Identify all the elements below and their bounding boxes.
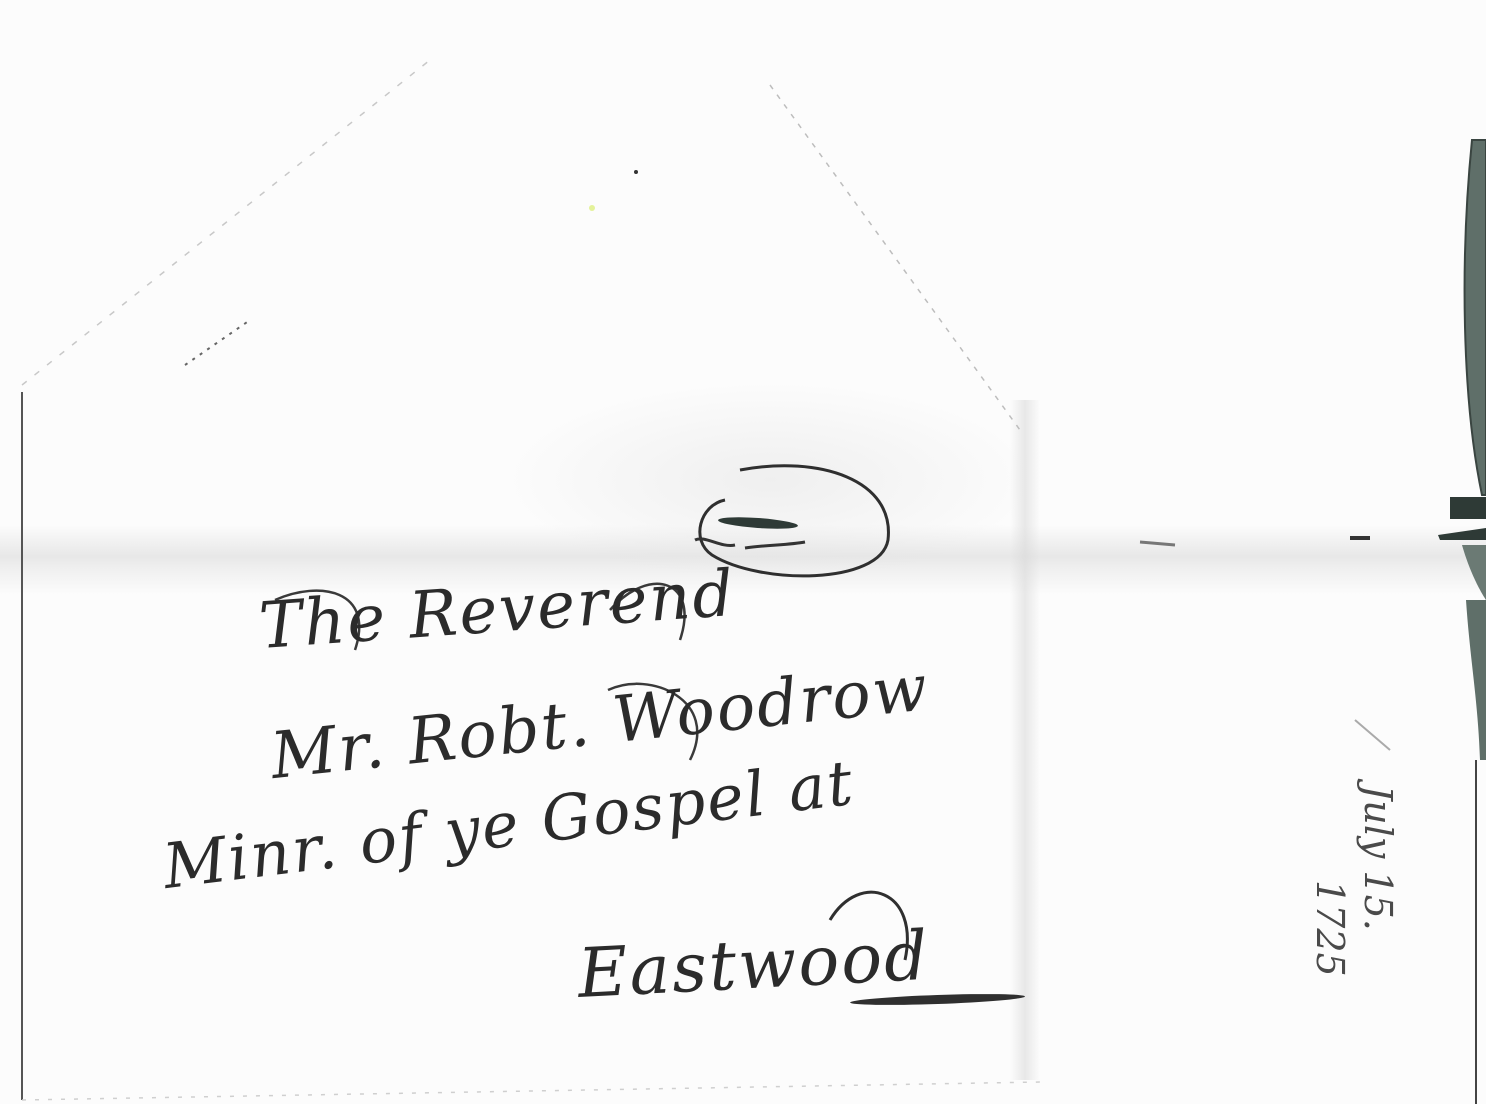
- wax-seal-lower: [1466, 600, 1486, 760]
- right-flap-fold: [770, 85, 1020, 430]
- left-flap-fold: [22, 60, 430, 385]
- seal-tab: [1450, 497, 1486, 519]
- letter-page: The Reverend Mr. Robt. Woodrow Minr. of …: [0, 0, 1486, 1104]
- docket-date: July 15.: [1356, 785, 1400, 931]
- wax-seal-upper: [1465, 140, 1486, 495]
- docket-year: 1725: [1308, 880, 1352, 977]
- bottom-fold: [22, 1082, 1040, 1100]
